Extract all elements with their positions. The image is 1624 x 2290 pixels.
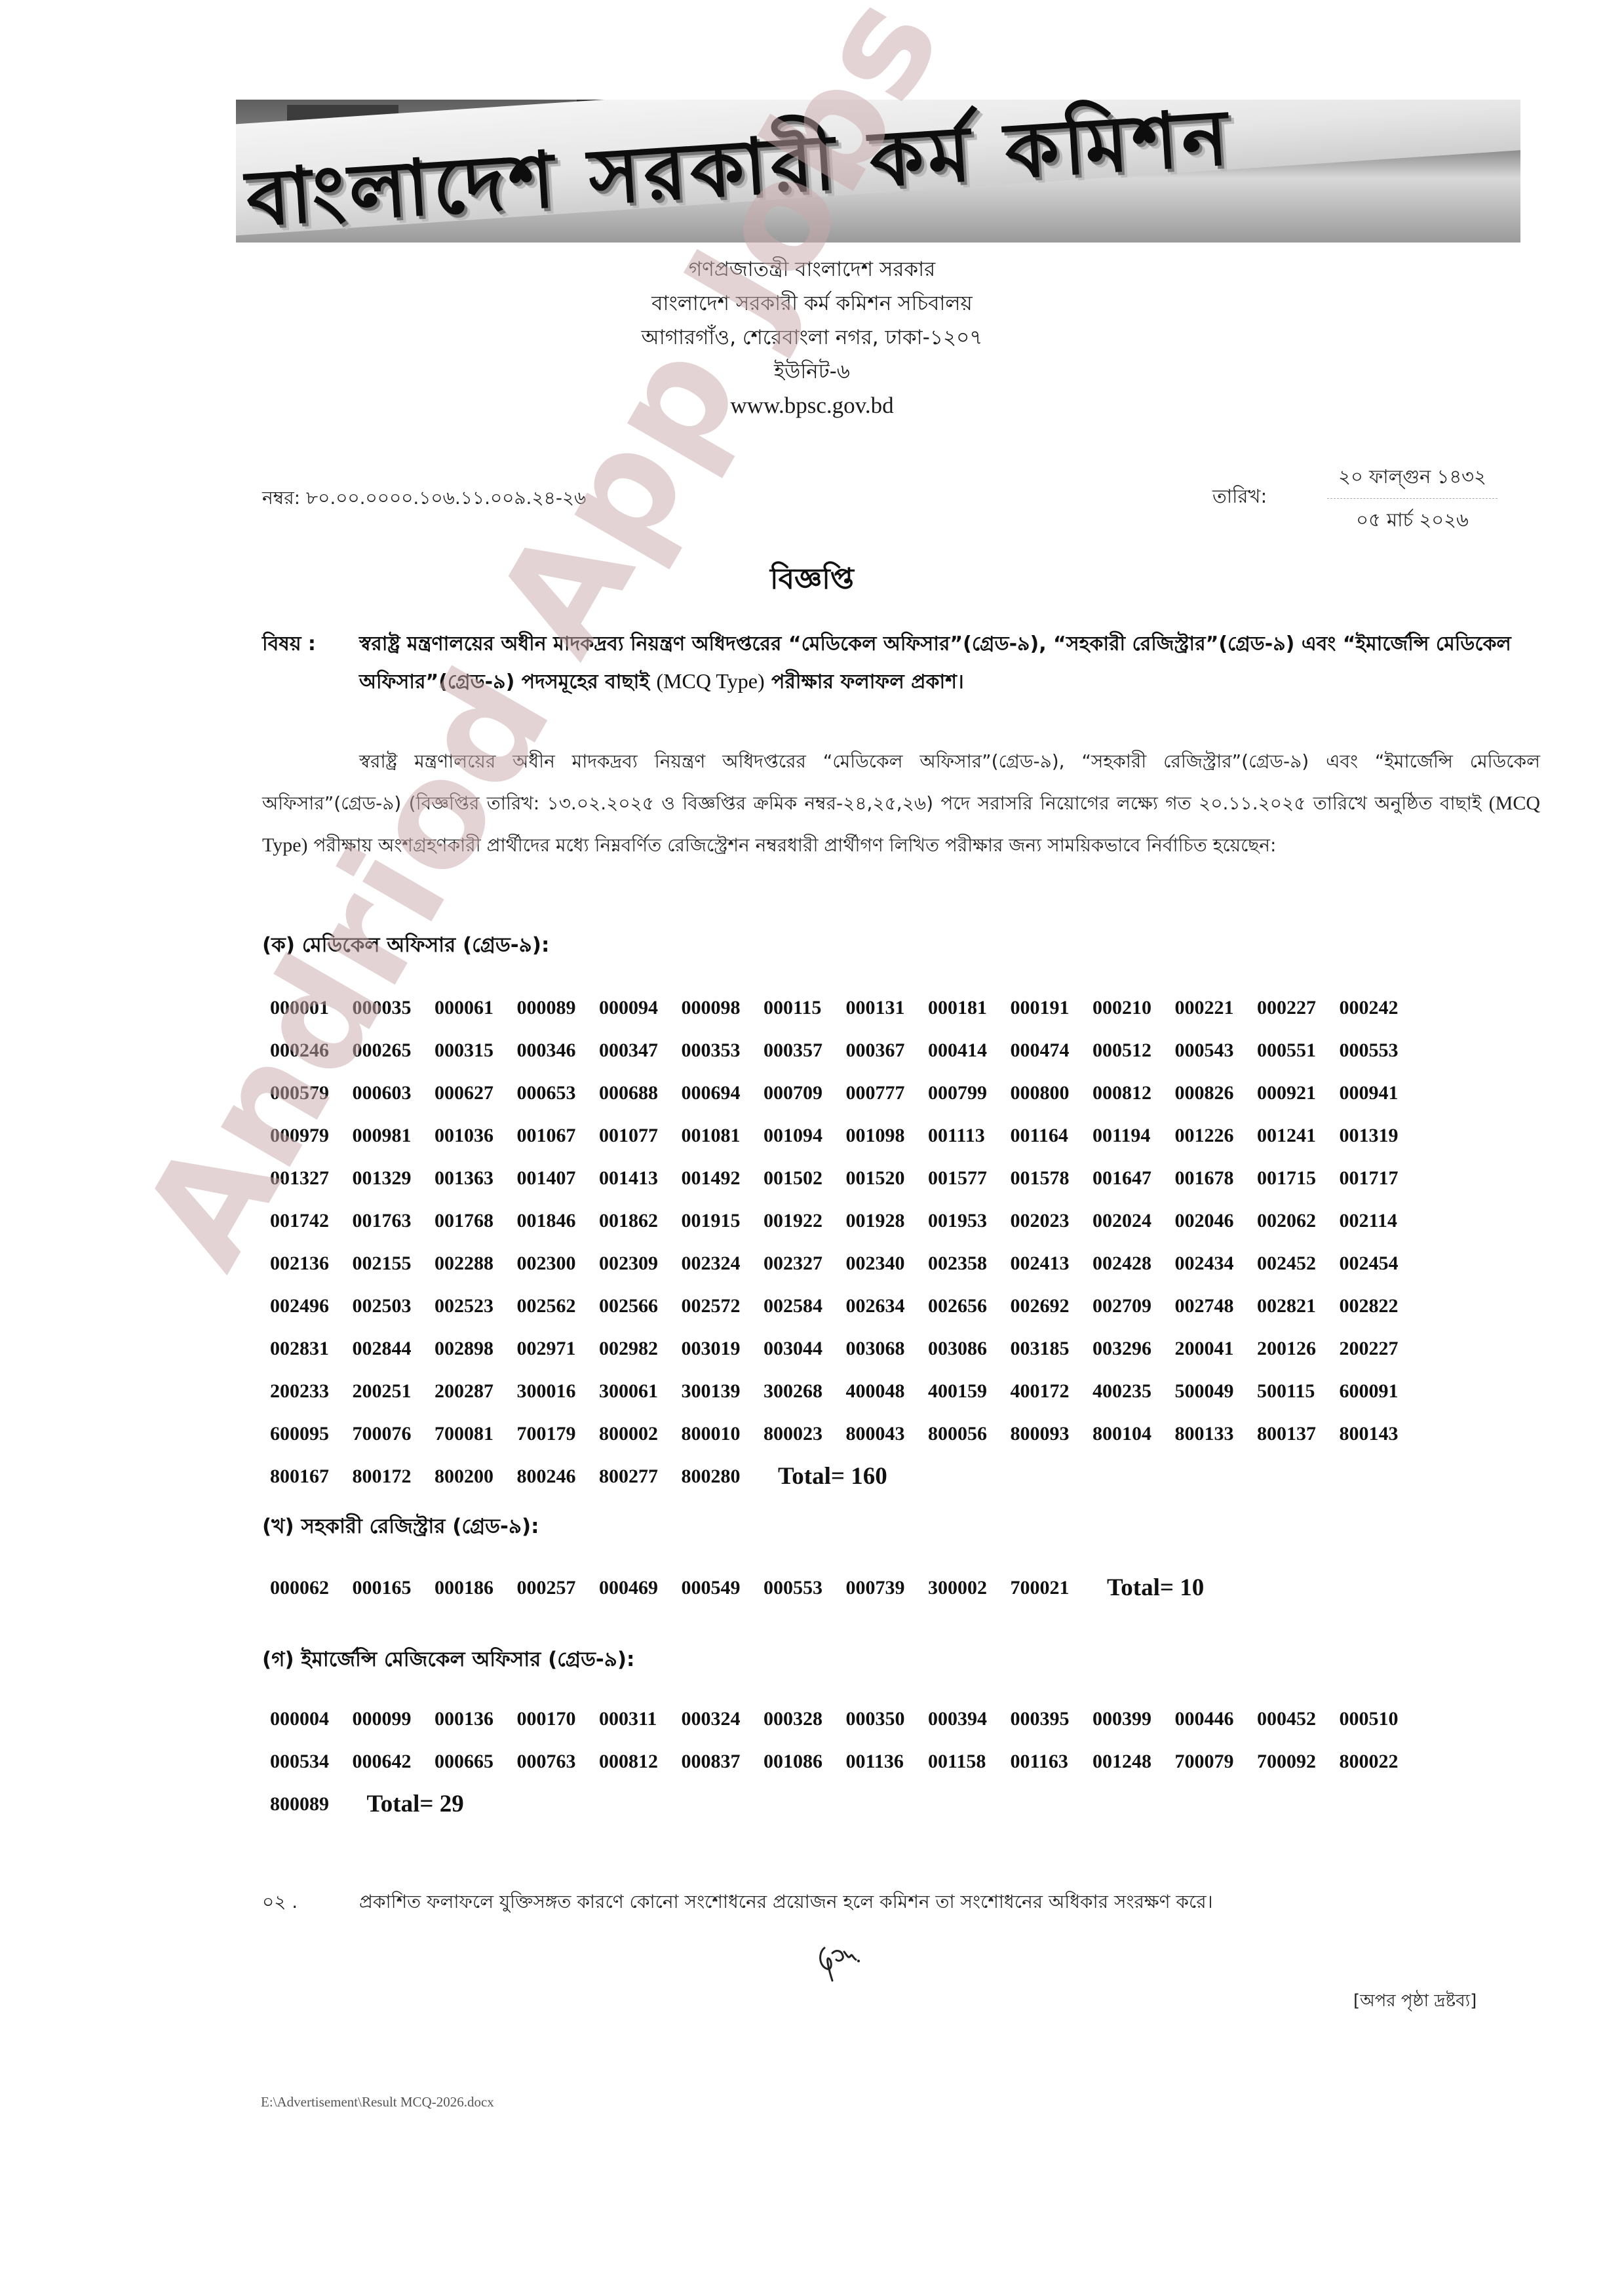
registration-number: 000062 [270, 1566, 353, 1609]
registration-number: 000553 [1340, 1029, 1422, 1072]
section-emergency-medical-officer-ids: 0000040000990001360001700003110003240003… [270, 1698, 1423, 1825]
registration-number: 001953 [928, 1199, 1011, 1242]
registration-number: 002046 [1175, 1199, 1258, 1242]
registration-number: 000191 [1011, 986, 1093, 1029]
registration-number: 200126 [1257, 1327, 1340, 1370]
section-medical-officer-ids: 0000010000350000610000890000940000980001… [270, 986, 1423, 1498]
registration-number: 000800 [1011, 1072, 1093, 1114]
registration-number: 001098 [846, 1114, 929, 1157]
registration-number: 001067 [517, 1114, 600, 1157]
registration-number: 800089 [270, 1783, 353, 1825]
registration-number: 000543 [1175, 1029, 1258, 1072]
registration-number: 400235 [1092, 1370, 1175, 1412]
registration-number: 002748 [1175, 1285, 1258, 1327]
registration-number: 000921 [1257, 1072, 1340, 1114]
registration-number: 001928 [846, 1199, 929, 1242]
section-medical-officer-heading: (ক) মেডিকেল অফিসার (গ্রেড-৯): [262, 929, 549, 963]
registration-number: 800022 [1340, 1740, 1422, 1783]
subject-mcq: (MCQ Type) [656, 669, 764, 693]
body-part2: পরীক্ষায় অংশগ্রহণকারী প্রার্থীদের মধ্যে… [313, 834, 1276, 856]
registration-number: 001194 [1092, 1114, 1175, 1157]
registration-number: 003044 [764, 1327, 846, 1370]
section-total: Total= 10 [1092, 1566, 1340, 1609]
registration-number: 000311 [599, 1698, 682, 1740]
registration-number: 000534 [270, 1740, 353, 1783]
registration-number: 300016 [517, 1370, 600, 1412]
registration-number: 001413 [599, 1157, 682, 1199]
registration-number: 000346 [517, 1029, 600, 1072]
registration-number: 300002 [928, 1566, 1011, 1609]
registration-number: 000826 [1175, 1072, 1258, 1114]
registration-number: 000549 [682, 1566, 764, 1609]
registration-number: 000452 [1257, 1698, 1340, 1740]
registration-number: 002413 [1011, 1242, 1093, 1285]
registration-number: 800280 [682, 1455, 764, 1498]
registration-number: 000186 [435, 1566, 517, 1609]
registration-number: 800043 [846, 1412, 929, 1455]
registration-number: 002898 [435, 1327, 517, 1370]
letterhead-address: আগারগাঁও, শেরেবাংলা নগর, ঢাকা-১২০৭ [0, 320, 1624, 355]
registration-number: 800137 [1257, 1412, 1340, 1455]
registration-number: 600095 [270, 1412, 353, 1455]
registration-number: 002155 [353, 1242, 435, 1285]
registration-number: 002831 [270, 1327, 353, 1370]
registration-number: 200227 [1340, 1327, 1422, 1370]
registration-number: 400048 [846, 1370, 929, 1412]
registration-number: 001319 [1340, 1114, 1422, 1157]
registration-number: 000257 [517, 1566, 600, 1609]
registration-number: 000328 [764, 1698, 846, 1740]
registration-number: 000414 [928, 1029, 1011, 1072]
registration-number: 001086 [764, 1740, 846, 1783]
registration-number: 002523 [435, 1285, 517, 1327]
registration-number: 800143 [1340, 1412, 1422, 1455]
registration-number: 002822 [1340, 1285, 1422, 1327]
registration-number: 000642 [353, 1740, 435, 1783]
registration-number: 002821 [1257, 1285, 1340, 1327]
registration-number: 000347 [599, 1029, 682, 1072]
subject-text: স্বরাষ্ট্র মন্ত্রণালয়ের অধীন মাদকদ্রব্য… [359, 626, 1539, 701]
registration-number: 002692 [1011, 1285, 1093, 1327]
registration-number: 001763 [353, 1199, 435, 1242]
registration-number: 001329 [353, 1157, 435, 1199]
registration-number: 000446 [1175, 1698, 1258, 1740]
registration-number: 800002 [599, 1412, 682, 1455]
registration-number: 002656 [928, 1285, 1011, 1327]
registration-number: 000221 [1175, 986, 1258, 1029]
registration-number: 000979 [270, 1114, 353, 1157]
registration-number: 002327 [764, 1242, 846, 1285]
registration-number: 000837 [682, 1740, 764, 1783]
section-assistant-registrar-heading: (খ) সহকারী রেজিস্ট্রার (গ্রেড-৯): [262, 1511, 539, 1545]
registration-number: 002566 [599, 1285, 682, 1327]
registration-number: 002982 [599, 1327, 682, 1370]
registration-number: 001036 [435, 1114, 517, 1157]
registration-number: 001768 [435, 1199, 517, 1242]
registration-number: 000399 [1092, 1698, 1175, 1740]
registration-number: 002971 [517, 1327, 600, 1370]
letterhead-unit: ইউনিট-৬ [0, 355, 1624, 389]
registration-number: 001248 [1092, 1740, 1175, 1783]
registration-number: 700081 [435, 1412, 517, 1455]
registration-number: 002709 [1092, 1285, 1175, 1327]
registration-number: 001578 [1011, 1157, 1093, 1199]
registration-number: 000035 [353, 986, 435, 1029]
registration-number: 200251 [353, 1370, 435, 1412]
registration-number: 800200 [435, 1455, 517, 1498]
body-part1: স্বরাষ্ট্র মন্ত্রণালয়ের অধীন মাদকদ্রব্য… [262, 750, 1540, 814]
registration-number: 002572 [682, 1285, 764, 1327]
section-total: Total= 160 [764, 1455, 1011, 1498]
date-english: ০৫ মার্চ ২০২৬ [1327, 499, 1498, 537]
registration-number: 001241 [1257, 1114, 1340, 1157]
registration-number: 000739 [846, 1566, 929, 1609]
registration-number: 000763 [517, 1740, 600, 1783]
registration-number: 001742 [270, 1199, 353, 1242]
registration-number: 001327 [270, 1157, 353, 1199]
date-label: তারিখ: [1212, 482, 1267, 514]
registration-number: 001647 [1092, 1157, 1175, 1199]
registration-number: 000315 [435, 1029, 517, 1072]
registration-number: 800246 [517, 1455, 600, 1498]
registration-number: 002634 [846, 1285, 929, 1327]
registration-number: 000553 [764, 1566, 846, 1609]
registration-number: 003185 [1011, 1327, 1093, 1370]
registration-number: 000115 [764, 986, 846, 1029]
section-assistant-registrar-ids: 0000620001650001860002570004690005490005… [270, 1566, 1423, 1609]
registration-number: 000131 [846, 986, 929, 1029]
registration-number: 001717 [1340, 1157, 1422, 1199]
registration-number: 003086 [928, 1327, 1011, 1370]
registration-number: 001492 [682, 1157, 764, 1199]
registration-number: 700021 [1011, 1566, 1093, 1609]
registration-number: 400172 [1011, 1370, 1093, 1412]
registration-number: 001363 [435, 1157, 517, 1199]
registration-number: 800167 [270, 1455, 353, 1498]
registration-number: 000324 [682, 1698, 764, 1740]
registration-number: 700092 [1257, 1740, 1340, 1783]
subject-label: বিষয় : [262, 626, 316, 663]
registration-number: 500115 [1257, 1370, 1340, 1412]
registration-number: 700076 [353, 1412, 435, 1455]
registration-number: 000227 [1257, 986, 1340, 1029]
registration-number: 800104 [1092, 1412, 1175, 1455]
registration-number: 001158 [928, 1740, 1011, 1783]
registration-number: 000474 [1011, 1029, 1093, 1072]
registration-number: 000688 [599, 1072, 682, 1114]
registration-number: 200287 [435, 1370, 517, 1412]
registration-number: 001577 [928, 1157, 1011, 1199]
signature-icon [813, 1940, 865, 1986]
registration-number: 300139 [682, 1370, 764, 1412]
registration-number: 003068 [846, 1327, 929, 1370]
registration-number: 000512 [1092, 1029, 1175, 1072]
registration-number: 000603 [353, 1072, 435, 1114]
registration-number: 000579 [270, 1072, 353, 1114]
registration-number: 800010 [682, 1412, 764, 1455]
registration-number: 000510 [1340, 1698, 1422, 1740]
registration-number: 000210 [1092, 986, 1175, 1029]
registration-number: 800172 [353, 1455, 435, 1498]
registration-number: 001094 [764, 1114, 846, 1157]
registration-number: 001081 [682, 1114, 764, 1157]
registration-number: 000242 [1340, 986, 1422, 1029]
registration-number: 000099 [353, 1698, 435, 1740]
registration-number: 200233 [270, 1370, 353, 1412]
registration-number: 002454 [1340, 1242, 1422, 1285]
registration-number: 003019 [682, 1327, 764, 1370]
registration-number: 000098 [682, 986, 764, 1029]
registration-number: 000812 [1092, 1072, 1175, 1114]
registration-number: 001163 [1011, 1740, 1093, 1783]
date-bangla: ২০ ফাল্গুন ১৪৩২ [1327, 462, 1498, 499]
registration-number: 700079 [1175, 1740, 1258, 1783]
registration-number: 002062 [1257, 1199, 1340, 1242]
registration-number: 000469 [599, 1566, 682, 1609]
registration-number: 002428 [1092, 1242, 1175, 1285]
date-block: ২০ ফাল্গুন ১৪৩২ ০৫ মার্চ ২০২৬ [1327, 462, 1498, 537]
registration-number: 002340 [846, 1242, 929, 1285]
registration-number: 002434 [1175, 1242, 1258, 1285]
registration-number: 000136 [435, 1698, 517, 1740]
registration-number: 000627 [435, 1072, 517, 1114]
registration-number: 002324 [682, 1242, 764, 1285]
registration-number: 000941 [1340, 1072, 1422, 1114]
registration-number: 000777 [846, 1072, 929, 1114]
registration-number: 002309 [599, 1242, 682, 1285]
registration-number: 800093 [1011, 1412, 1093, 1455]
overleaf-note: [অপর পৃষ্ঠা দ্রষ্টব্য] [1353, 1987, 1477, 2016]
registration-number: 000694 [682, 1072, 764, 1114]
registration-number: 001915 [682, 1199, 764, 1242]
registration-number: 000981 [353, 1114, 435, 1157]
note-text: প্রকাশিত ফলাফলে যুক্তিসঙ্গত কারণে কোনো স… [359, 1888, 1213, 1918]
registration-number: 001678 [1175, 1157, 1258, 1199]
registration-number: 001846 [517, 1199, 600, 1242]
subject-text-part2: পরীক্ষার ফলাফল প্রকাশ। [771, 670, 964, 693]
registration-number: 001922 [764, 1199, 846, 1242]
registration-number: 002300 [517, 1242, 600, 1285]
registration-number: 001113 [928, 1114, 1011, 1157]
memo-number: নম্বর: ৮০.০০.০০০০.১০৬.১১.০০৯.২৪-২৬ [262, 484, 586, 514]
registration-number: 000357 [764, 1029, 846, 1072]
section-total: Total= 29 [353, 1783, 600, 1825]
registration-number: 000061 [435, 986, 517, 1029]
registration-number: 000094 [599, 986, 682, 1029]
registration-number: 000353 [682, 1029, 764, 1072]
registration-number: 000395 [1011, 1698, 1093, 1740]
registration-number: 001862 [599, 1199, 682, 1242]
registration-number: 000350 [846, 1698, 929, 1740]
registration-number: 000246 [270, 1029, 353, 1072]
registration-number: 000665 [435, 1740, 517, 1783]
registration-number: 002496 [270, 1285, 353, 1327]
registration-number: 002452 [1257, 1242, 1340, 1285]
registration-number: 500049 [1175, 1370, 1258, 1412]
registration-number: 000551 [1257, 1029, 1340, 1072]
registration-number: 400159 [928, 1370, 1011, 1412]
registration-number: 300268 [764, 1370, 846, 1412]
registration-number: 002844 [353, 1327, 435, 1370]
registration-number: 000170 [517, 1698, 600, 1740]
registration-number: 002562 [517, 1285, 600, 1327]
registration-number: 000181 [928, 986, 1011, 1029]
registration-number: 000089 [517, 986, 600, 1029]
registration-number: 002024 [1092, 1199, 1175, 1242]
registration-number: 001136 [846, 1740, 929, 1783]
registration-number: 800056 [928, 1412, 1011, 1455]
registration-number: 002584 [764, 1285, 846, 1327]
registration-number: 000367 [846, 1029, 929, 1072]
registration-number: 300061 [599, 1370, 682, 1412]
registration-number: 000394 [928, 1698, 1011, 1740]
registration-number: 002023 [1011, 1199, 1093, 1242]
registration-number: 001502 [764, 1157, 846, 1199]
registration-number: 000265 [353, 1029, 435, 1072]
registration-number: 003296 [1092, 1327, 1175, 1370]
registration-number: 000004 [270, 1698, 353, 1740]
registration-number: 001077 [599, 1114, 682, 1157]
registration-number: 001226 [1175, 1114, 1258, 1157]
registration-number: 000001 [270, 986, 353, 1029]
registration-number: 000165 [353, 1566, 435, 1609]
registration-number: 000799 [928, 1072, 1011, 1114]
registration-number: 800023 [764, 1412, 846, 1455]
notice-title: বিজ্ঞপ্তি [0, 557, 1624, 605]
registration-number: 600091 [1340, 1370, 1422, 1412]
registration-number: 001164 [1011, 1114, 1093, 1157]
registration-number: 001520 [846, 1157, 929, 1199]
letterhead-government: গণপ্রজাতন্ত্রী বাংলাদেশ সরকার [0, 252, 1624, 286]
registration-number: 000653 [517, 1072, 600, 1114]
registration-number: 002136 [270, 1242, 353, 1285]
registration-number: 001407 [517, 1157, 600, 1199]
registration-number: 002114 [1340, 1199, 1422, 1242]
body-paragraph: স্বরাষ্ট্র মন্ত্রণালয়ের অধীন মাদকদ্রব্য… [262, 741, 1540, 866]
registration-number: 000709 [764, 1072, 846, 1114]
registration-number: 002358 [928, 1242, 1011, 1285]
registration-number: 800277 [599, 1455, 682, 1498]
registration-number: 800133 [1175, 1412, 1258, 1455]
registration-number: 700179 [517, 1412, 600, 1455]
header-banner-photo: বাংলাদেশ সরকারী কর্ম কমিশন [236, 100, 1520, 243]
registration-number: 002503 [353, 1285, 435, 1327]
registration-number: 000812 [599, 1740, 682, 1783]
letterhead-secretariat: বাংলাদেশ সরকারী কর্ম কমিশন সচিবালয় [0, 286, 1624, 320]
note-number: ০২ . [262, 1888, 298, 1918]
section-emergency-medical-officer-heading: (গ) ইমার্জেন্সি মেজিকেল অফিসার (গ্রেড-৯)… [262, 1644, 634, 1678]
registration-number: 002288 [435, 1242, 517, 1285]
registration-number: 001715 [1257, 1157, 1340, 1199]
registration-number: 200041 [1175, 1327, 1258, 1370]
letterhead-website: www.bpsc.gov.bd [0, 389, 1624, 423]
file-path: E:\Advertisement\Result MCQ-2026.docx [261, 2094, 494, 2110]
letterhead: গণপ্রজাতন্ত্রী বাংলাদেশ সরকার বাংলাদেশ স… [0, 252, 1624, 423]
